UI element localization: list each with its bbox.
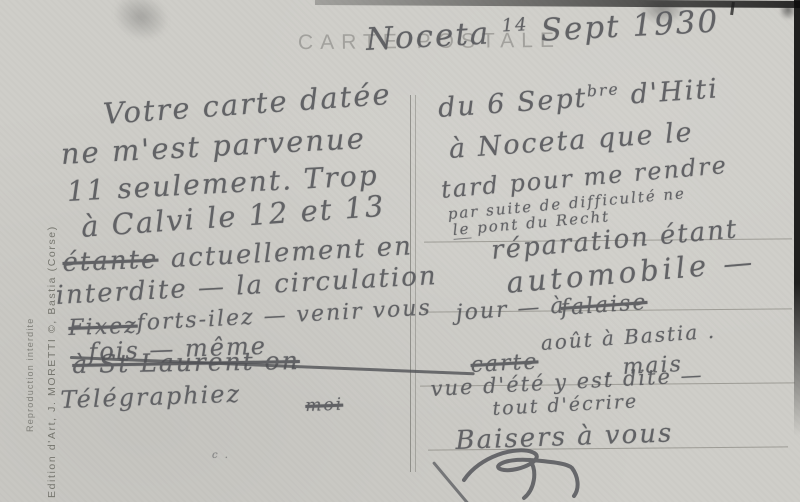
date-rest: Sept 1930 [540, 3, 720, 48]
copyright-notice: Reproduction interdite [25, 318, 35, 432]
struck-word: étante [62, 245, 159, 278]
stray-pencil-mark: c . [212, 450, 230, 461]
underlined-word: le [452, 219, 471, 239]
photo-right-edge [794, 0, 800, 436]
ink-tick-mark [730, 2, 735, 15]
photo-top-edge [315, 0, 800, 8]
struck-word: moi [305, 395, 343, 416]
struck-word: falaise [560, 290, 648, 321]
message-segment: d'Hiti [619, 73, 720, 111]
date-day-superscript: 14 [501, 14, 529, 36]
message-line: Télégraphiez [60, 380, 242, 414]
message-line: août à Bastia . [540, 319, 717, 355]
date-place: Noceta [365, 15, 491, 57]
message-line: du 6 Septbre d'Hiti [437, 72, 720, 124]
corner-stain [779, 0, 797, 20]
smudge-stain [105, 0, 176, 49]
signature-flourish [458, 438, 598, 502]
postcard-back: CARTE POSTALE Edition d'Art, J. MORETTI … [0, 0, 800, 502]
message-segment: du 6 Sept [437, 83, 588, 124]
superscript-bre: bre [586, 79, 620, 100]
publisher-credit: Edition d'Art, J. MORETTI ©, Bastia (Cor… [46, 225, 58, 498]
message-line: jour — à [455, 293, 566, 326]
